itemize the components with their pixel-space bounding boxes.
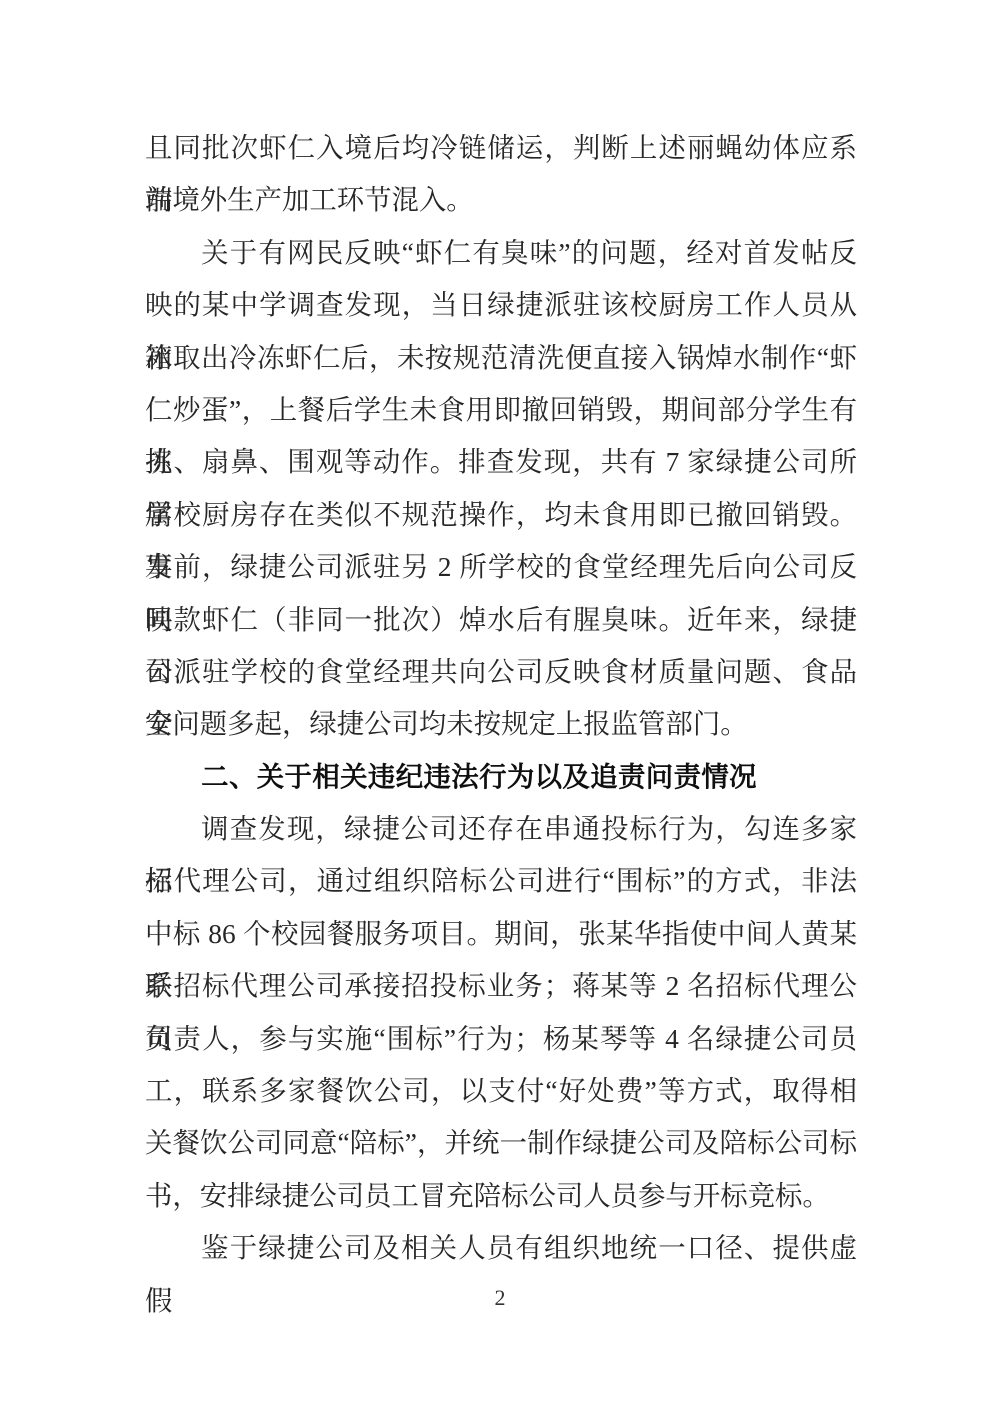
- text-line: 发前，绿捷公司派驻另 2 所学校的食堂经理先后向公司反映: [145, 541, 857, 593]
- text-line: 且同批次虾仁入境后均冷链储运，判断上述丽蝇幼体应系前: [145, 122, 857, 174]
- text-line: 映的某中学调查发现，当日绿捷派驻该校厨房工作人员从冰: [145, 279, 857, 331]
- text-line: 同款虾仁（非同一批次）焯水后有腥臭味。近年来，绿捷公: [145, 594, 857, 646]
- text-line: 工，联系多家餐饮公司，以支付“好处费”等方式，取得相: [145, 1065, 857, 1117]
- text-line: 关于有网民反映“虾仁有臭味”的问题，经对首发帖反: [145, 227, 857, 279]
- text-line: 司派驻学校的食堂经理共向公司反映食材质量问题、食品安: [145, 646, 857, 698]
- document-body: 且同批次虾仁入境后均冷链储运，判断上述丽蝇幼体应系前端境外生产加工环节混入。关于…: [145, 122, 857, 1275]
- text-line: 端境外生产加工环节混入。: [145, 174, 857, 226]
- text-line: 负责人，参与实施“围标”行为；杨某琴等 4 名绿捷公司员: [145, 1013, 857, 1065]
- text-line: 系招标代理公司承接招投标业务；蒋某等 2 名招标代理公司: [145, 960, 857, 1012]
- document-page: 且同批次虾仁入境后均冷链储运，判断上述丽蝇幼体应系前端境外生产加工环节混入。关于…: [0, 0, 1000, 1414]
- text-line: 调查发现，绿捷公司还存在串通投标行为，勾连多家招: [145, 803, 857, 855]
- text-line: 中标 86 个校园餐服务项目。期间，张某华指使中间人黄某联: [145, 908, 857, 960]
- text-line: 关餐饮公司同意“陪标”，并统一制作绿捷公司及陪标公司标: [145, 1117, 857, 1169]
- page-number: 2: [0, 1283, 1000, 1313]
- text-line: 标代理公司，通过组织陪标公司进行“围标”的方式，非法: [145, 855, 857, 907]
- text-line: 书，安排绿捷公司员工冒充陪标公司人员参与开标竞标。: [145, 1170, 857, 1222]
- text-line: 拣、扇鼻、围观等动作。排查发现，共有 7 家绿捷公司所属: [145, 436, 857, 488]
- text-line: 学校厨房存在类似不规范操作，均未食用即已撤回销毁。事: [145, 489, 857, 541]
- section-heading: 二、关于相关违纪违法行为以及追责问责情况: [145, 751, 857, 803]
- text-line: 鉴于绿捷公司及相关人员有组织地统一口径、提供虚假: [145, 1222, 857, 1274]
- text-line: 仁炒蛋”，上餐后学生未食用即撤回销毁，期间部分学生有挑: [145, 384, 857, 436]
- text-line: 箱取出冷冻虾仁后，未按规范清洗便直接入锅焯水制作“虾: [145, 332, 857, 384]
- text-line: 全问题多起，绿捷公司均未按规定上报监管部门。: [145, 698, 857, 750]
